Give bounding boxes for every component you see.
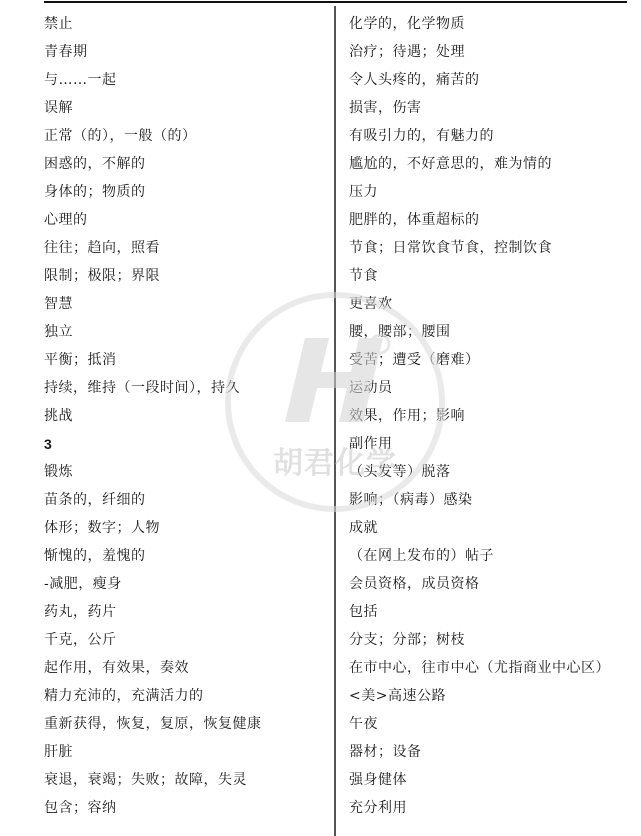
vocab-entry: 强身健体: [349, 766, 634, 794]
vocab-entry: 在市中心，往市中心（尤指商业中心区）: [349, 654, 634, 682]
right-column-entries: 化学的，化学物质治疗；待遇；处理令人头疼的，痛苦的损害，伤害有吸引力的，有魅力的…: [349, 10, 634, 822]
vocab-entry: 肥胖的，体重超标的: [349, 206, 634, 234]
vocab-entry: <美>高速公路: [349, 682, 634, 710]
vocab-entry: 压力: [349, 178, 634, 206]
vocab-entry: 锻炼: [44, 458, 329, 486]
vocab-entry: 限制；极限；界限: [44, 262, 329, 290]
vocab-entry: （在网上发布的）帖子: [349, 542, 634, 570]
vocab-entry: 正常（的），一般（的）: [44, 122, 329, 150]
vocab-entry: 效果，作用；影响: [349, 402, 634, 430]
vocab-entry: 包含；容纳: [44, 794, 329, 822]
vocab-entry: 节食: [349, 262, 634, 290]
vocab-entry: 青春期: [44, 38, 329, 66]
vocab-entry: （头发等）脱落: [349, 458, 634, 486]
vocab-entry: 节食；日常饮食节食，控制饮食: [349, 234, 634, 262]
vocab-entry: 分支；分部；树枝: [349, 626, 634, 654]
vocab-entry: 受苦；遭受（磨难）: [349, 346, 634, 374]
vocab-entry: 充分利用: [349, 794, 634, 822]
vocab-entry: 会员资格，成员资格: [349, 570, 634, 598]
vocab-entry: 更喜欢: [349, 290, 634, 318]
vocab-entry: 心理的: [44, 206, 329, 234]
vocab-entry: 误解: [44, 94, 329, 122]
column-divider: [334, 6, 336, 836]
vocab-entry: 器材；设备: [349, 738, 634, 766]
vocab-entry: 午夜: [349, 710, 634, 738]
vocab-entry: 化学的，化学物质: [349, 10, 634, 38]
vocab-entry: 包括: [349, 598, 634, 626]
vocab-entry: 独立: [44, 318, 329, 346]
vocab-entry: 禁止: [44, 10, 329, 38]
vocab-entry: 衰退，衰竭；失败；故障，失灵: [44, 766, 329, 794]
vocab-entry: 千克，公斤: [44, 626, 329, 654]
vocab-entry: -减肥，瘦身: [44, 570, 329, 598]
vocab-entry: 肝脏: [44, 738, 329, 766]
vocab-entry: 挑战: [44, 402, 329, 430]
vocab-entry: 惭愧的，羞愧的: [44, 542, 329, 570]
vocab-entry: 损害，伤害: [349, 94, 634, 122]
vocab-entry: 治疗；待遇；处理: [349, 38, 634, 66]
vocab-entry: 平衡；抵消: [44, 346, 329, 374]
vocab-entry: 智慧: [44, 290, 329, 318]
vocab-entry: 影响；（病毒）感染: [349, 486, 634, 514]
vocab-entry: 起作用，有效果，奏效: [44, 654, 329, 682]
vocab-entry: 尴尬的，不好意思的，难为情的: [349, 150, 634, 178]
vocab-entry: 往往；趋向，照看: [44, 234, 329, 262]
vocab-entry: 困惑的，不解的: [44, 150, 329, 178]
vocab-entry: 副作用: [349, 430, 634, 458]
vocab-entry: 有吸引力的，有魅力的: [349, 122, 634, 150]
vocab-entry: 运动员: [349, 374, 634, 402]
vocab-entry: 体形；数字；人物: [44, 514, 329, 542]
vocab-entry: 药丸，药片: [44, 598, 329, 626]
top-rule: [44, 1, 627, 3]
vocab-entry: 令人头疼的，痛苦的: [349, 66, 634, 94]
vocab-entry: 与……一起: [44, 66, 329, 94]
vocab-entry: 成就: [349, 514, 634, 542]
vocab-entry: 苗条的，纤细的: [44, 486, 329, 514]
vocab-entry: 重新获得，恢复，复原，恢复健康: [44, 710, 329, 738]
vocab-entry: 身体的；物质的: [44, 178, 329, 206]
vocab-entry: 持续，维持（一段时间），持久: [44, 374, 329, 402]
left-column-entries: 禁止青春期与……一起误解正常（的），一般（的）困惑的，不解的身体的；物质的心理的…: [44, 10, 329, 822]
section-number: 3: [44, 430, 329, 458]
vocab-entry: 腰，腰部；腰围: [349, 318, 634, 346]
vocab-entry: 精力充沛的，充满活力的: [44, 682, 329, 710]
